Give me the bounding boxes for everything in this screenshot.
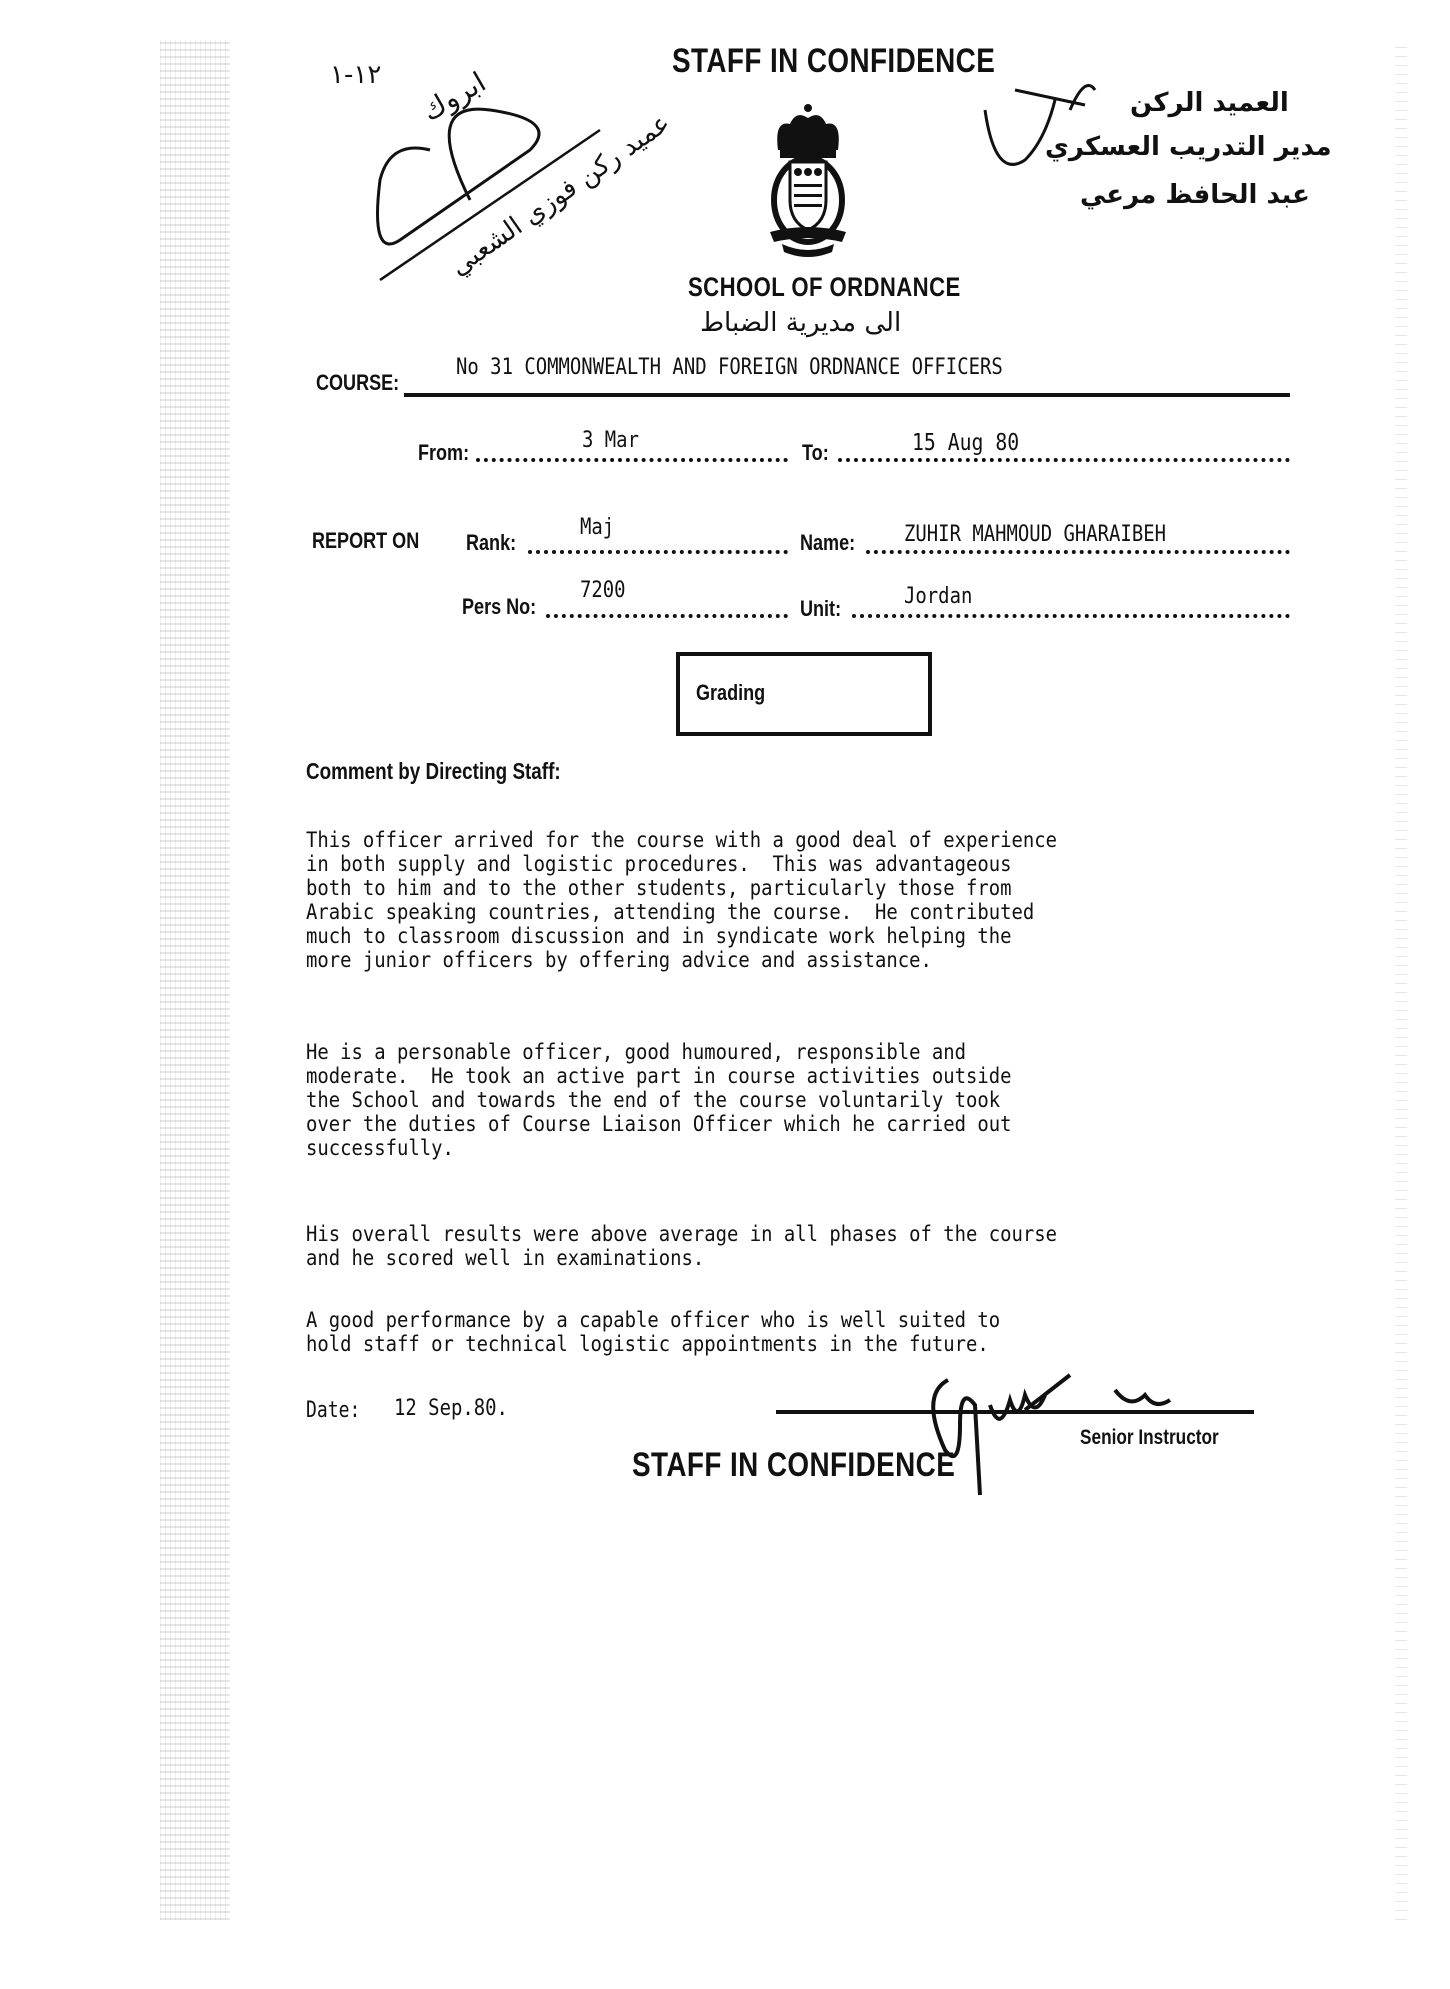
handwritten-title-line-1: العميد الركن xyxy=(1130,88,1289,118)
classification-footer: STAFF IN CONFIDENCE xyxy=(632,1446,955,1485)
classification-header: STAFF IN CONFIDENCE xyxy=(672,42,995,81)
name-dotted-line xyxy=(866,544,1290,554)
date-value: 12 Sep.80. xyxy=(394,1396,508,1421)
report-on-label: REPORT ON xyxy=(312,528,419,554)
regimental-crest-icon xyxy=(760,100,856,260)
unit-label: Unit: xyxy=(800,596,841,622)
comment-paragraph-2: He is a personable officer, good humoure… xyxy=(306,1040,1011,1160)
signatory-title: Senior Instructor xyxy=(1080,1426,1219,1450)
handwritten-signature-top-left xyxy=(360,80,660,300)
grading-box: Grading xyxy=(676,652,932,736)
handwritten-title-line-3: عبد الحافظ مرعي xyxy=(1080,180,1310,210)
comment-paragraph-1: This officer arrived for the course with… xyxy=(306,828,1057,972)
date-label: Date: xyxy=(306,1398,360,1423)
from-dotted-line xyxy=(476,452,788,462)
scan-edge-noise-left xyxy=(160,40,230,1920)
pers-no-value: 7200 xyxy=(580,578,626,603)
unit-dotted-line xyxy=(852,608,1290,618)
comment-heading: Comment by Directing Staff: xyxy=(306,758,561,785)
scanned-document-page: STAFF IN CONFIDENCE SCHOOL OF ORDNANCE ١… xyxy=(0,0,1450,1989)
comment-paragraph-3: His overall results were above average i… xyxy=(306,1222,1057,1270)
rank-value: Maj xyxy=(580,515,614,540)
to-label: To: xyxy=(802,440,829,466)
handwritten-title-line-2: مدير التدريب العسكري xyxy=(1045,132,1332,162)
institution-name: SCHOOL OF ORDNANCE xyxy=(688,272,961,303)
pers-no-label: Pers No: xyxy=(462,594,536,620)
handwritten-routing-note: الى مديرية الضباط xyxy=(700,308,901,338)
from-value: 3 Mar xyxy=(582,428,639,453)
rank-dotted-line xyxy=(528,544,788,554)
grading-label: Grading xyxy=(696,680,765,706)
to-dotted-line xyxy=(838,452,1290,462)
from-label: From: xyxy=(418,440,469,466)
rank-label: Rank: xyxy=(466,530,516,556)
unit-value: Jordan xyxy=(904,584,972,609)
comment-paragraph-4: A good performance by a capable officer … xyxy=(306,1308,1000,1356)
scan-edge-noise-right xyxy=(1395,40,1407,1920)
course-underline xyxy=(404,393,1290,397)
course-label: COURSE: xyxy=(316,370,399,396)
course-value: No 31 COMMONWEALTH AND FOREIGN ORDNANCE … xyxy=(456,355,1003,380)
name-label: Name: xyxy=(800,530,855,556)
pers-no-dotted-line xyxy=(546,608,788,618)
